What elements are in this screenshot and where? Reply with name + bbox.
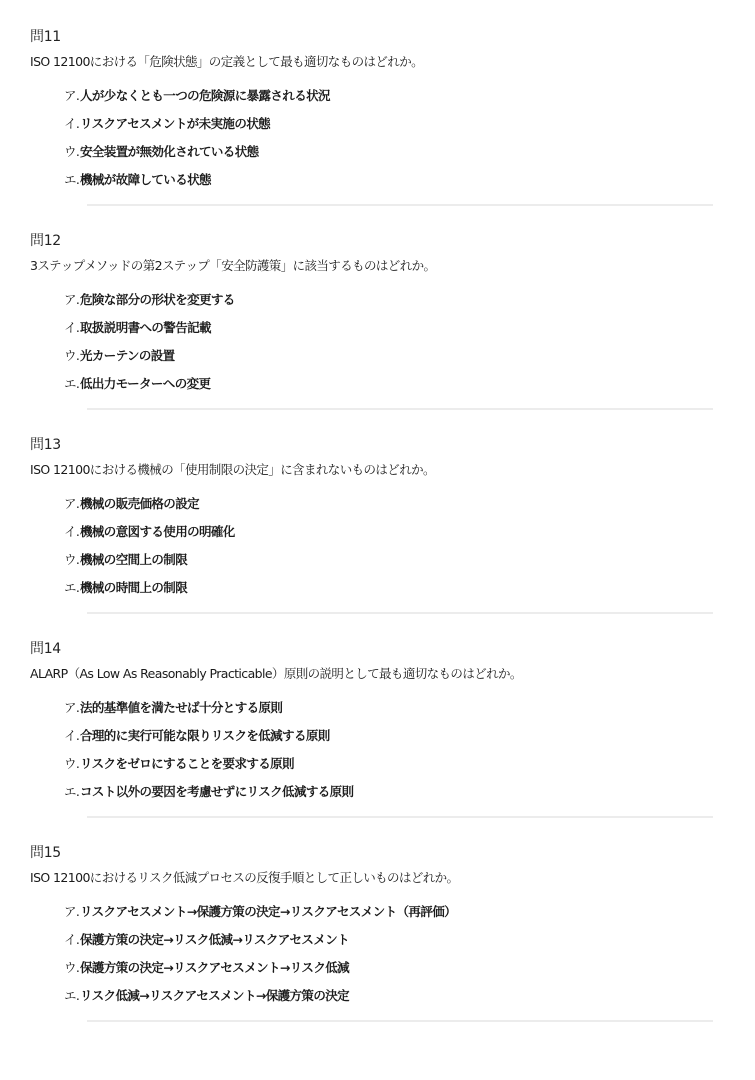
- option-list: ア.リスクアセスメント→保護方策の決定→リスクアセスメント（再評価） イ.保護方…: [64, 903, 456, 1015]
- option-list: ア.危険な部分の形状を変更する イ.取扱説明書への警告記載 ウ.光カーテンの設置…: [64, 291, 235, 403]
- option-label: エ.: [64, 171, 80, 189]
- option-label: ウ.: [64, 143, 80, 161]
- option-text: リスクアセスメント→保護方策の決定→リスクアセスメント（再評価）: [80, 904, 456, 919]
- option-label: ウ.: [64, 347, 80, 365]
- option-text: 人が少なくとも一つの危険源に暴露される状況: [80, 88, 330, 103]
- option-label: エ.: [64, 375, 80, 393]
- option-label: エ.: [64, 987, 80, 1005]
- option-e[interactable]: エ.低出力モーターへの変更: [64, 375, 235, 403]
- option-text: 機械が故障している状態: [80, 172, 211, 187]
- question-14: 問14 ALARP（As Low As Reasonably Practicab…: [0, 639, 755, 843]
- option-text: 機械の時間上の制限: [80, 580, 187, 595]
- option-text: 合理的に実行可能な限りリスクを低減する原則: [80, 728, 330, 743]
- section-divider: [87, 816, 713, 818]
- question-number: 問12: [30, 231, 61, 251]
- option-a[interactable]: ア.人が少なくとも一つの危険源に暴露される状況: [64, 87, 330, 115]
- option-list: ア.機械の販売価格の設定 イ.機械の意図する使用の明確化 ウ.機械の空間上の制限…: [64, 495, 235, 607]
- section-divider: [87, 1020, 713, 1022]
- option-label: エ.: [64, 579, 80, 597]
- option-i[interactable]: イ.取扱説明書への警告記載: [64, 319, 235, 347]
- option-i[interactable]: イ.機械の意図する使用の明確化: [64, 523, 235, 551]
- option-list: ア.人が少なくとも一つの危険源に暴露される状況 イ.リスクアセスメントが未実施の…: [64, 87, 330, 199]
- question-text: 3ステップメソッドの第2ステップ「安全防護策」に該当するものはどれか。: [30, 256, 435, 276]
- option-text: 機械の意図する使用の明確化: [80, 524, 235, 539]
- option-i[interactable]: イ.合理的に実行可能な限りリスクを低減する原則: [64, 727, 353, 755]
- option-label: ウ.: [64, 755, 80, 773]
- option-text: 危険な部分の形状を変更する: [80, 292, 235, 307]
- question-11: 問11 ISO 12100における「危険状態」の定義として最も適切なものはどれか…: [0, 27, 755, 231]
- option-label: イ.: [64, 115, 80, 133]
- option-e[interactable]: エ.機械が故障している状態: [64, 171, 330, 199]
- option-text: 光カーテンの設置: [80, 348, 175, 363]
- option-text: 保護方策の決定→リスクアセスメント→リスク低減: [80, 960, 349, 975]
- question-15: 問15 ISO 12100におけるリスク低減プロセスの反復手順として正しいものは…: [0, 843, 755, 1047]
- option-text: 機械の空間上の制限: [80, 552, 187, 567]
- option-e[interactable]: エ.リスク低減→リスクアセスメント→保護方策の決定: [64, 987, 456, 1015]
- option-u[interactable]: ウ.安全装置が無効化されている状態: [64, 143, 330, 171]
- question-number: 問14: [30, 639, 61, 659]
- option-a[interactable]: ア.法的基準値を満たせば十分とする原則: [64, 699, 353, 727]
- option-i[interactable]: イ.保護方策の決定→リスク低減→リスクアセスメント: [64, 931, 456, 959]
- option-u[interactable]: ウ.機械の空間上の制限: [64, 551, 235, 579]
- option-text: 機械の販売価格の設定: [80, 496, 199, 511]
- option-text: 安全装置が無効化されている状態: [80, 144, 259, 159]
- option-label: ウ.: [64, 959, 80, 977]
- option-label: イ.: [64, 319, 80, 337]
- option-u[interactable]: ウ.保護方策の決定→リスクアセスメント→リスク低減: [64, 959, 456, 987]
- option-text: 法的基準値を満たせば十分とする原則: [80, 700, 282, 715]
- question-text: ISO 12100における「危険状態」の定義として最も適切なものはどれか。: [30, 52, 423, 72]
- option-i[interactable]: イ.リスクアセスメントが未実施の状態: [64, 115, 330, 143]
- option-label: ア.: [64, 495, 80, 513]
- question-number: 問13: [30, 435, 61, 455]
- question-text: ALARP（As Low As Reasonably Practicable）原…: [30, 664, 522, 684]
- option-e[interactable]: エ.機械の時間上の制限: [64, 579, 235, 607]
- option-text: 取扱説明書への警告記載: [80, 320, 211, 335]
- option-label: ア.: [64, 291, 80, 309]
- option-list: ア.法的基準値を満たせば十分とする原則 イ.合理的に実行可能な限りリスクを低減す…: [64, 699, 353, 811]
- option-label: ウ.: [64, 551, 80, 569]
- option-label: ア.: [64, 87, 80, 105]
- question-number: 問11: [30, 27, 61, 47]
- option-text: リスクをゼロにすることを要求する原則: [80, 756, 294, 771]
- option-label: イ.: [64, 727, 80, 745]
- question-12: 問12 3ステップメソッドの第2ステップ「安全防護策」に該当するものはどれか。 …: [0, 231, 755, 435]
- option-text: 低出力モーターへの変更: [80, 376, 210, 391]
- option-text: コスト以外の要因を考慮せずにリスク低減する原則: [80, 784, 353, 799]
- option-label: イ.: [64, 523, 80, 541]
- question-text: ISO 12100における機械の「使用制限の決定」に含まれないものはどれか。: [30, 460, 435, 480]
- section-divider: [87, 612, 713, 614]
- option-text: リスク低減→リスクアセスメント→保護方策の決定: [80, 988, 349, 1003]
- option-label: ア.: [64, 903, 80, 921]
- option-a[interactable]: ア.危険な部分の形状を変更する: [64, 291, 235, 319]
- section-divider: [87, 204, 713, 206]
- option-label: エ.: [64, 783, 80, 801]
- option-a[interactable]: ア.機械の販売価格の設定: [64, 495, 235, 523]
- option-text: リスクアセスメントが未実施の状態: [80, 116, 270, 131]
- question-text: ISO 12100におけるリスク低減プロセスの反復手順として正しいものはどれか。: [30, 868, 458, 888]
- option-label: ア.: [64, 699, 80, 717]
- option-a[interactable]: ア.リスクアセスメント→保護方策の決定→リスクアセスメント（再評価）: [64, 903, 456, 931]
- question-number: 問15: [30, 843, 61, 863]
- option-u[interactable]: ウ.リスクをゼロにすることを要求する原則: [64, 755, 353, 783]
- option-e[interactable]: エ.コスト以外の要因を考慮せずにリスク低減する原則: [64, 783, 353, 811]
- option-label: イ.: [64, 931, 80, 949]
- option-text: 保護方策の決定→リスク低減→リスクアセスメント: [80, 932, 349, 947]
- question-13: 問13 ISO 12100における機械の「使用制限の決定」に含まれないものはどれ…: [0, 435, 755, 639]
- section-divider: [87, 408, 713, 410]
- option-u[interactable]: ウ.光カーテンの設置: [64, 347, 235, 375]
